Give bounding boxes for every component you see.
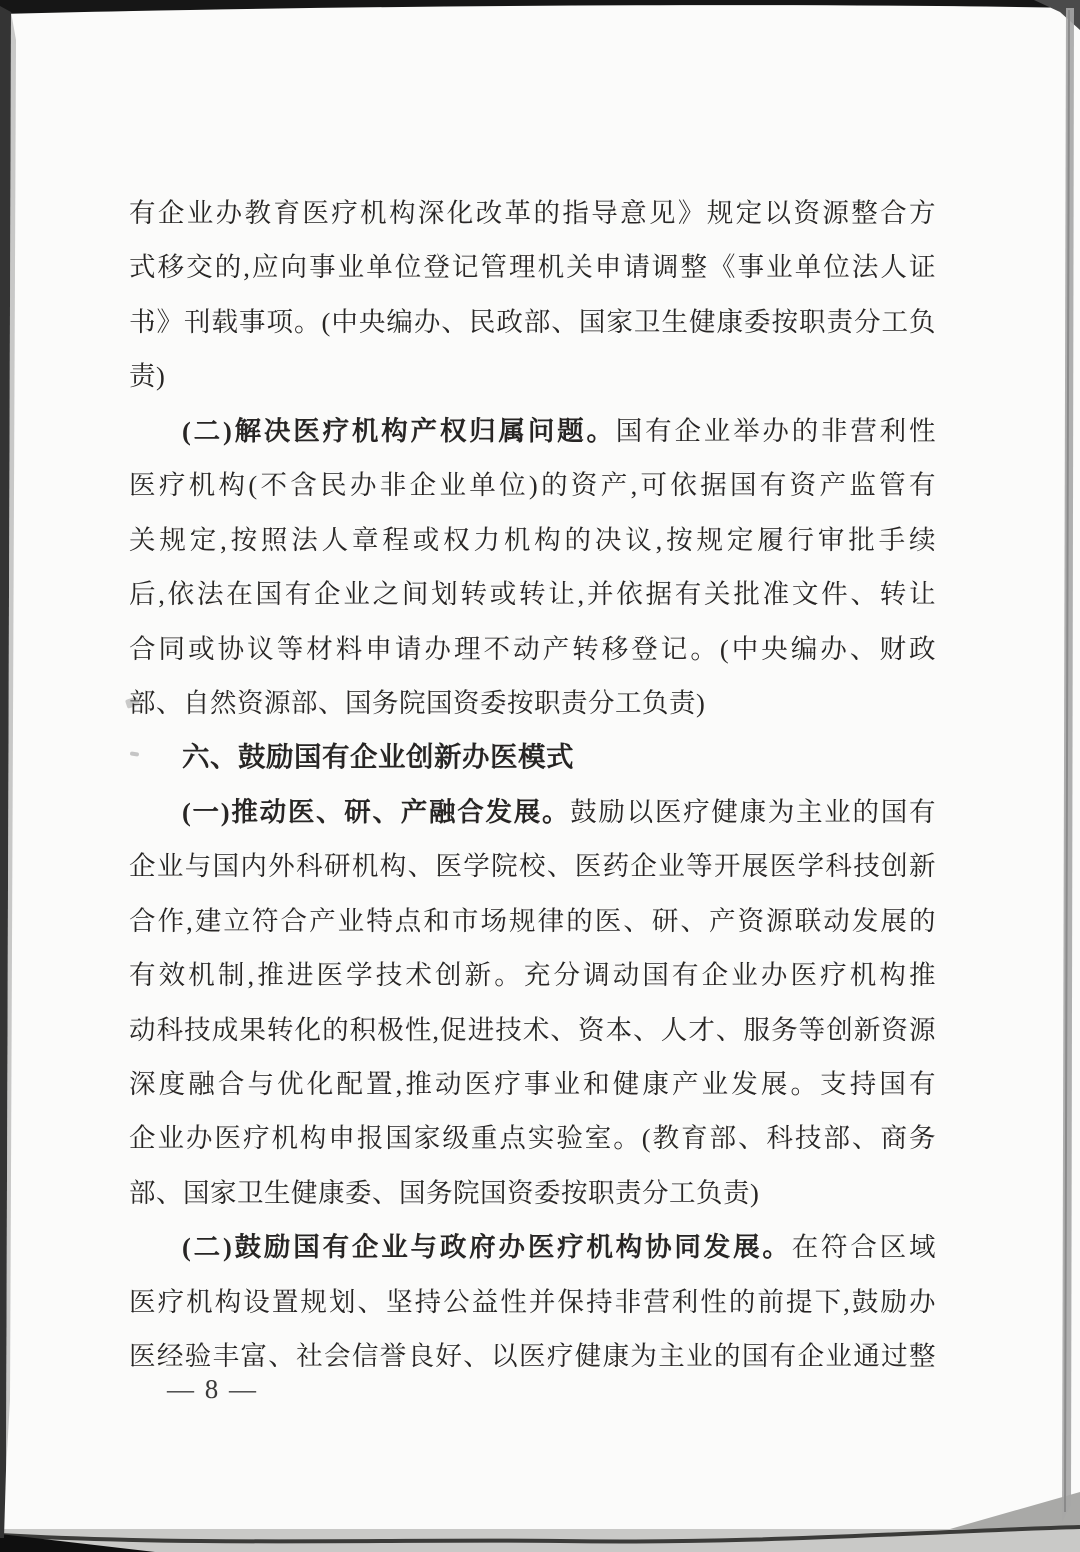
scanned-document-page: 有企业办教育医疗机构深化改革的指导意见》规定以资源整合方 式移交的,应向事业单位… (0, 0, 1080, 1552)
line-text: 在符合区域 (792, 1232, 936, 1262)
body-line: 责) (129, 349, 936, 403)
scan-bottom-strip (0, 1529, 1080, 1552)
line-text: 医疗机构设置规划、坚持公益性并保持非营利性的前提下,鼓励办 (129, 1287, 936, 1317)
body-line: 有效机制,推进医学技术创新。充分调动国有企业办医疗机构推 (129, 948, 936, 1002)
line-text: 企业办医疗机构申报国家级重点实验室。(教育部、科技部、商务 (129, 1123, 936, 1153)
line-text: 式移交的,应向事业单位登记管理机关申请调整《事业单位法人证 (129, 252, 936, 282)
body-line: 医疗机构设置规划、坚持公益性并保持非营利性的前提下,鼓励办 (129, 1275, 936, 1329)
line-text: 医经验丰富、社会信誉良好、以医疗健康为主业的国有企业通过整 (129, 1341, 936, 1371)
scan-left-strip-fade (6, 12, 16, 1470)
body-line: 后,依法在国有企业之间划转或转让,并依据有关批准文件、转让 (129, 567, 936, 621)
line-text: 企业与国内外科研机构、医学院校、医药企业等开展医学科技创新 (129, 851, 936, 881)
line-text: 关规定,按照法人章程或权力机构的决议,按规定履行审批手续 (129, 525, 936, 555)
document-body: 有企业办教育医疗机构深化改革的指导意见》规定以资源整合方 式移交的,应向事业单位… (129, 186, 936, 1409)
line-text: 后,依法在国有企业之间划转或转让,并依据有关批准文件、转让 (129, 579, 936, 609)
scan-right-fold (1062, 8, 1074, 1522)
body-line: 式移交的,应向事业单位登记管理机关申请调整《事业单位法人证 (129, 240, 936, 294)
body-line: 企业与国内外科研机构、医学院校、医药企业等开展医学科技创新 (129, 839, 936, 893)
body-line: 部、自然资源部、国务院国资委按职责分工负责) (129, 676, 936, 730)
body-line: 合作,建立符合产业特点和市场规律的医、研、产资源联动发展的 (129, 894, 936, 948)
paragraph-lead: (二)鼓励国有企业与政府办医疗机构协同发展。 (182, 1232, 792, 1262)
paragraph-lead: (一)推动医、研、产融合发展。 (182, 797, 570, 827)
body-line: 企业办医疗机构申报国家级重点实验室。(教育部、科技部、商务 (129, 1111, 936, 1165)
scan-top-band (0, 0, 1080, 14)
scan-left-strip (0, 6, 11, 1538)
body-line: 部、国家卫生健康委、国务院国资委按职责分工负责) (129, 1166, 936, 1220)
line-text: 书》刊载事项。(中央编办、民政部、国家卫生健康委按职责分工负 (129, 307, 936, 337)
body-line: (二)鼓励国有企业与政府办医疗机构协同发展。在符合区域 (129, 1220, 936, 1274)
scan-bottom-shadow-line (0, 1527, 1080, 1541)
paragraph-lead: (二)解决医疗机构产权归属问题。 (182, 416, 616, 446)
line-text: 部、国家卫生健康委、国务院国资委按职责分工负责) (129, 1178, 759, 1208)
scan-corner-bottom-right (950, 1492, 1080, 1529)
body-line: 关规定,按照法人章程或权力机构的决议,按规定履行审批手续 (129, 513, 936, 567)
line-text: 合作,建立符合产业特点和市场规律的医、研、产资源联动发展的 (129, 906, 936, 936)
scan-corner-top-right (1034, 0, 1080, 30)
line-text: 动科技成果转化的积极性,促进技术、资本、人才、服务等创新资源 (129, 1015, 936, 1045)
body-line: (一)推动医、研、产融合发展。鼓励以医疗健康为主业的国有 (129, 785, 936, 839)
body-line: 书》刊载事项。(中央编办、民政部、国家卫生健康委按职责分工负 (129, 295, 936, 349)
scan-corner-bottom-left (0, 1534, 155, 1552)
body-line: 有企业办教育医疗机构深化改革的指导意见》规定以资源整合方 (129, 186, 936, 240)
line-text: 合同或协议等材料申请办理不动产转移登记。(中央编办、财政 (129, 634, 936, 664)
line-text: 责) (129, 361, 165, 391)
line-text: 深度融合与优化配置,推动医疗事业和健康产业发展。支持国有 (129, 1069, 936, 1099)
body-line: 医疗机构(不含民办非企业单位)的资产,可依据国有资产监管有 (129, 458, 936, 512)
body-line: (二)解决医疗机构产权归属问题。国有企业举办的非营利性 (129, 404, 936, 458)
line-text: 国有企业举办的非营利性 (616, 416, 936, 446)
line-text: 鼓励以医疗健康为主业的国有 (570, 797, 936, 827)
line-text: 有企业办教育医疗机构深化改革的指导意见》规定以资源整合方 (129, 198, 936, 228)
body-line: 深度融合与优化配置,推动医疗事业和健康产业发展。支持国有 (129, 1057, 936, 1111)
body-line: 动科技成果转化的积极性,促进技术、资本、人才、服务等创新资源 (129, 1003, 936, 1057)
scan-right-fold-core (1065, 10, 1069, 1512)
heading-text: 六、鼓励国有企业创新办医模式 (182, 741, 574, 772)
body-line: 合同或协议等材料申请办理不动产转移登记。(中央编办、财政 (129, 622, 936, 676)
line-text: 医疗机构(不含民办非企业单位)的资产,可依据国有资产监管有 (129, 470, 936, 500)
line-text: 部、自然资源部、国务院国资委按职责分工负责) (129, 688, 705, 718)
line-text: 有效机制,推进医学技术创新。充分调动国有企业办医疗机构推 (129, 960, 936, 990)
section-heading: 六、鼓励国有企业创新办医模式 (129, 730, 936, 784)
